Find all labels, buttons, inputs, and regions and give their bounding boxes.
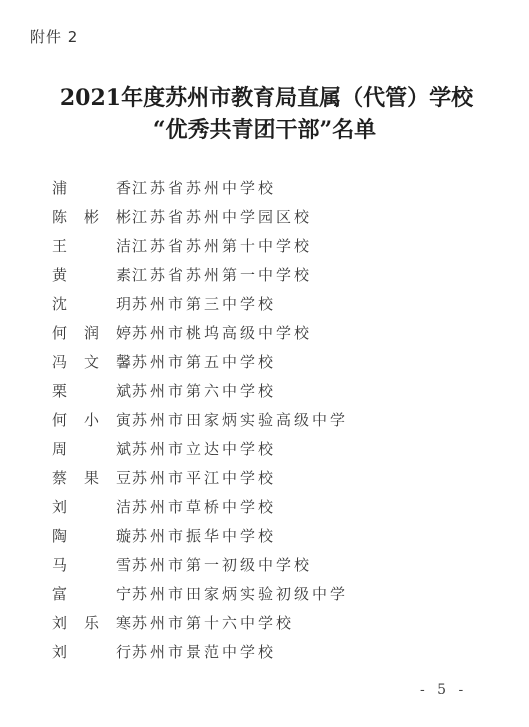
name-char: 斌: [116, 380, 132, 401]
person-name: 马雪: [52, 554, 132, 575]
name-char: 彬: [116, 206, 132, 227]
person-name: 周斌: [52, 438, 132, 459]
name-char: 寅: [116, 409, 132, 430]
school-name: 江苏省苏州中学园区校: [132, 206, 312, 227]
name-char: 浦: [52, 177, 68, 198]
person-name: 黄素: [52, 264, 132, 285]
school-name: 苏州市田家炳实验高级中学: [132, 409, 348, 430]
name-char: 陈: [52, 206, 68, 227]
person-name: 陶璇: [52, 525, 132, 546]
list-item: 蔡果豆苏州市平江中学校: [52, 463, 348, 492]
person-name: 蔡果豆: [52, 467, 132, 488]
name-char: 刘: [52, 641, 68, 662]
person-name: 浦香: [52, 177, 132, 198]
name-char: 蔡: [52, 467, 68, 488]
school-name: 江苏省苏州第十中学校: [132, 235, 312, 256]
name-char: 果: [84, 467, 100, 488]
document-title: 2021年度苏州市教育局直属（代管）学校 “优秀共青团干部”名单: [0, 82, 529, 146]
honoree-list: 浦香江苏省苏州中学校陈彬彬江苏省苏州中学园区校王洁江苏省苏州第十中学校黄素江苏省…: [52, 173, 348, 666]
name-char: 寒: [116, 612, 132, 633]
name-char: 陶: [52, 525, 68, 546]
school-name: 苏州市草桥中学校: [132, 496, 276, 517]
list-item: 周斌苏州市立达中学校: [52, 434, 348, 463]
name-char: 素: [116, 264, 132, 285]
name-char: 馨: [116, 351, 132, 372]
person-name: 王洁: [52, 235, 132, 256]
name-char: 冯: [52, 351, 68, 372]
list-item: 浦香江苏省苏州中学校: [52, 173, 348, 202]
person-name: 刘行: [52, 641, 132, 662]
school-name: 苏州市第十六中学校: [132, 612, 294, 633]
school-name: 苏州市田家炳实验初级中学: [132, 583, 348, 604]
person-name: 沈玥: [52, 293, 132, 314]
school-name: 苏州市桃坞高级中学校: [132, 322, 312, 343]
list-item: 陶璇苏州市振华中学校: [52, 521, 348, 550]
person-name: 栗斌: [52, 380, 132, 401]
name-char: 栗: [52, 380, 68, 401]
name-char: 沈: [52, 293, 68, 314]
person-name: 陈彬彬: [52, 206, 132, 227]
name-char: 乐: [84, 612, 100, 633]
name-char: 行: [116, 641, 132, 662]
person-name: 何润婷: [52, 322, 132, 343]
list-item: 富宁苏州市田家炳实验初级中学: [52, 579, 348, 608]
name-char: 黄: [52, 264, 68, 285]
name-char: 宁: [116, 583, 132, 604]
name-char: 润: [84, 322, 100, 343]
name-char: 王: [52, 235, 68, 256]
attachment-label: 附件 2: [30, 26, 78, 47]
name-char: 香: [116, 177, 132, 198]
school-name: 苏州市景范中学校: [132, 641, 276, 662]
school-name: 江苏省苏州中学校: [132, 177, 276, 198]
school-name: 苏州市立达中学校: [132, 438, 276, 459]
school-name: 苏州市振华中学校: [132, 525, 276, 546]
school-name: 苏州市第一初级中学校: [132, 554, 312, 575]
page-number: - 5 -: [420, 682, 467, 698]
name-char: 洁: [116, 496, 132, 517]
title-line-2: “优秀共青团干部”名单: [0, 114, 529, 146]
person-name: 富宁: [52, 583, 132, 604]
person-name: 刘洁: [52, 496, 132, 517]
name-char: 小: [84, 409, 100, 430]
name-char: 斌: [116, 438, 132, 459]
name-char: 富: [52, 583, 68, 604]
name-char: 马: [52, 554, 68, 575]
school-name: 江苏省苏州第一中学校: [132, 264, 312, 285]
list-item: 陈彬彬江苏省苏州中学园区校: [52, 202, 348, 231]
list-item: 栗斌苏州市第六中学校: [52, 376, 348, 405]
list-item: 沈玥苏州市第三中学校: [52, 289, 348, 318]
name-char: 周: [52, 438, 68, 459]
name-char: 洁: [116, 235, 132, 256]
list-item: 王洁江苏省苏州第十中学校: [52, 231, 348, 260]
name-char: 婷: [116, 322, 132, 343]
name-char: 刘: [52, 496, 68, 517]
name-char: 何: [52, 322, 68, 343]
list-item: 马雪苏州市第一初级中学校: [52, 550, 348, 579]
list-item: 刘乐寒苏州市第十六中学校: [52, 608, 348, 637]
list-item: 何润婷苏州市桃坞高级中学校: [52, 318, 348, 347]
list-item: 刘行苏州市景范中学校: [52, 637, 348, 666]
school-name: 苏州市平江中学校: [132, 467, 276, 488]
name-char: 豆: [116, 467, 132, 488]
person-name: 何小寅: [52, 409, 132, 430]
school-name: 苏州市第五中学校: [132, 351, 276, 372]
list-item: 刘洁苏州市草桥中学校: [52, 492, 348, 521]
list-item: 何小寅苏州市田家炳实验高级中学: [52, 405, 348, 434]
name-char: 雪: [116, 554, 132, 575]
person-name: 刘乐寒: [52, 612, 132, 633]
name-char: 何: [52, 409, 68, 430]
list-item: 冯文馨苏州市第五中学校: [52, 347, 348, 376]
person-name: 冯文馨: [52, 351, 132, 372]
name-char: 文: [84, 351, 100, 372]
school-name: 苏州市第六中学校: [132, 380, 276, 401]
school-name: 苏州市第三中学校: [132, 293, 276, 314]
name-char: 刘: [52, 612, 68, 633]
list-item: 黄素江苏省苏州第一中学校: [52, 260, 348, 289]
name-char: 彬: [84, 206, 100, 227]
name-char: 璇: [116, 525, 132, 546]
title-line-1: 2021年度苏州市教育局直属（代管）学校: [0, 82, 529, 114]
name-char: 玥: [116, 293, 132, 314]
